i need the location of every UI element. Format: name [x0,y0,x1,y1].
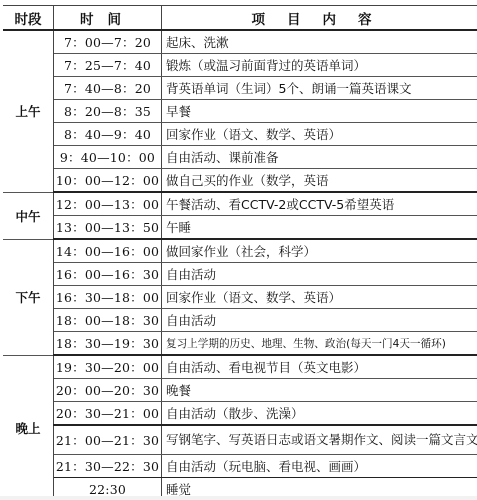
time-cell: 18：30—19：30 [54,332,162,356]
content-cell: 午餐活动、看CCTV-2或CCTV-5希望英语 [162,192,477,216]
time-cell: 20：30—21：00 [54,402,162,426]
table-row: 中午 12：00—13：00 午餐活动、看CCTV-2或CCTV-5希望英语 [3,192,477,216]
content-cell: 晚餐 [162,379,477,402]
table-row: 16：30—18：00 回家作业（语文、数学、英语） [3,286,477,309]
table-row: 上午 7：00—7：20 起床、洗漱 [3,30,477,54]
header-content: 项目内容 [162,6,477,31]
table-row: 8：40—9：40 回家作业（语文、数学、英语） [3,123,477,146]
table-row: 16：00—16：30 自由活动 [3,263,477,286]
time-cell: 8：40—9：40 [54,123,162,146]
table-row: 10：00—12：00 做自己买的作业（数学，英语 [3,169,477,193]
table-row: 18：30—19：30 复习上学期的历史、地理、生物、政治(每天一门4天一循环) [3,332,477,356]
schedule-page: 时段 时间 项目内容 上午 7：00—7：20 起床、洗漱 7：25—7：40 … [0,0,477,500]
header-period: 时段 [3,6,54,31]
table-row: 21：00—21：30 写钢笔字、写英语日志或语文暑期作文、阅读一篇文言文及其他… [3,425,477,455]
content-cell: 自由活动（散步、洗澡） [162,402,477,426]
time-cell: 20：00—20：30 [54,379,162,402]
time-cell: 16：30—18：00 [54,286,162,309]
table-row: 21：30—22：30 自由活动（玩电脑、看电视、画画） [3,455,477,478]
content-cell: 午睡 [162,216,477,240]
content-cell: 做回家作业（社会，科学） [162,239,477,263]
table-row: 晚上 19：30—20：00 自由活动、看电视节目（英文电影） [3,355,477,379]
content-cell: 写钢笔字、写英语日志或语文暑期作文、阅读一篇文言文及其他文章 [162,425,477,455]
table-row: 20：30—21：00 自由活动（散步、洗澡） [3,402,477,426]
time-cell: 19：30—20：00 [54,355,162,379]
table-row: 13：00—13：50 午睡 [3,216,477,240]
time-cell: 7：25—7：40 [54,54,162,77]
table-row: 9：40—10：00 自由活动、课前准备 [3,146,477,169]
time-cell: 21：00—21：30 [54,425,162,455]
table-row: 18：00—18：30 自由活动 [3,309,477,332]
table-row: 20：00—20：30 晚餐 [3,379,477,402]
content-cell: 做自己买的作业（数学，英语 [162,169,477,193]
time-cell: 16：00—16：30 [54,263,162,286]
content-cell: 自由活动、看电视节目（英文电影） [162,355,477,379]
table-row: 7：25—7：40 锻炼（或温习前面背过的英语单词） [3,54,477,77]
time-cell: 7：00—7：20 [54,30,162,54]
content-cell: 回家作业（语文、数学、英语） [162,123,477,146]
period-evening: 晚上 [3,355,54,500]
content-cell: 复习上学期的历史、地理、生物、政治(每天一门4天一循环) [162,332,477,356]
time-cell: 14：00—16：00 [54,239,162,263]
content-cell: 自由活动（玩电脑、看电视、画画） [162,455,477,478]
content-cell: 锻炼（或温习前面背过的英语单词） [162,54,477,77]
content-cell: 早餐 [162,100,477,123]
table-row: 7：40—8：20 背英语单词（生词）5个、朗诵一篇英语课文 [3,77,477,100]
period-afternoon: 下午 [3,239,54,355]
content-cell: 背英语单词（生词）5个、朗诵一篇英语课文 [162,77,477,100]
table-row: 下午 14：00—16：00 做回家作业（社会，科学） [3,239,477,263]
time-cell: 10：00—12：00 [54,169,162,193]
content-cell: 自由活动 [162,309,477,332]
time-cell: 8：20—8：35 [54,100,162,123]
table-row: 8：20—8：35 早餐 [3,100,477,123]
time-cell: 21：30—22：30 [54,455,162,478]
header-row: 时段 时间 项目内容 [3,6,477,31]
header-time: 时间 [54,6,162,31]
period-noon: 中午 [3,192,54,239]
content-cell: 起床、洗漱 [162,30,477,54]
time-cell: 12：00—13：00 [54,192,162,216]
content-cell: 自由活动、课前准备 [162,146,477,169]
time-cell: 13：00—13：50 [54,216,162,240]
time-cell: 7：40—8：20 [54,77,162,100]
schedule-table: 时段 时间 项目内容 上午 7：00—7：20 起床、洗漱 7：25—7：40 … [3,5,477,500]
bottom-margin [0,496,477,500]
content-cell: 自由活动 [162,263,477,286]
time-cell: 9：40—10：00 [54,146,162,169]
content-cell: 回家作业（语文、数学、英语） [162,286,477,309]
time-cell: 18：00—18：30 [54,309,162,332]
period-morning: 上午 [3,30,54,192]
